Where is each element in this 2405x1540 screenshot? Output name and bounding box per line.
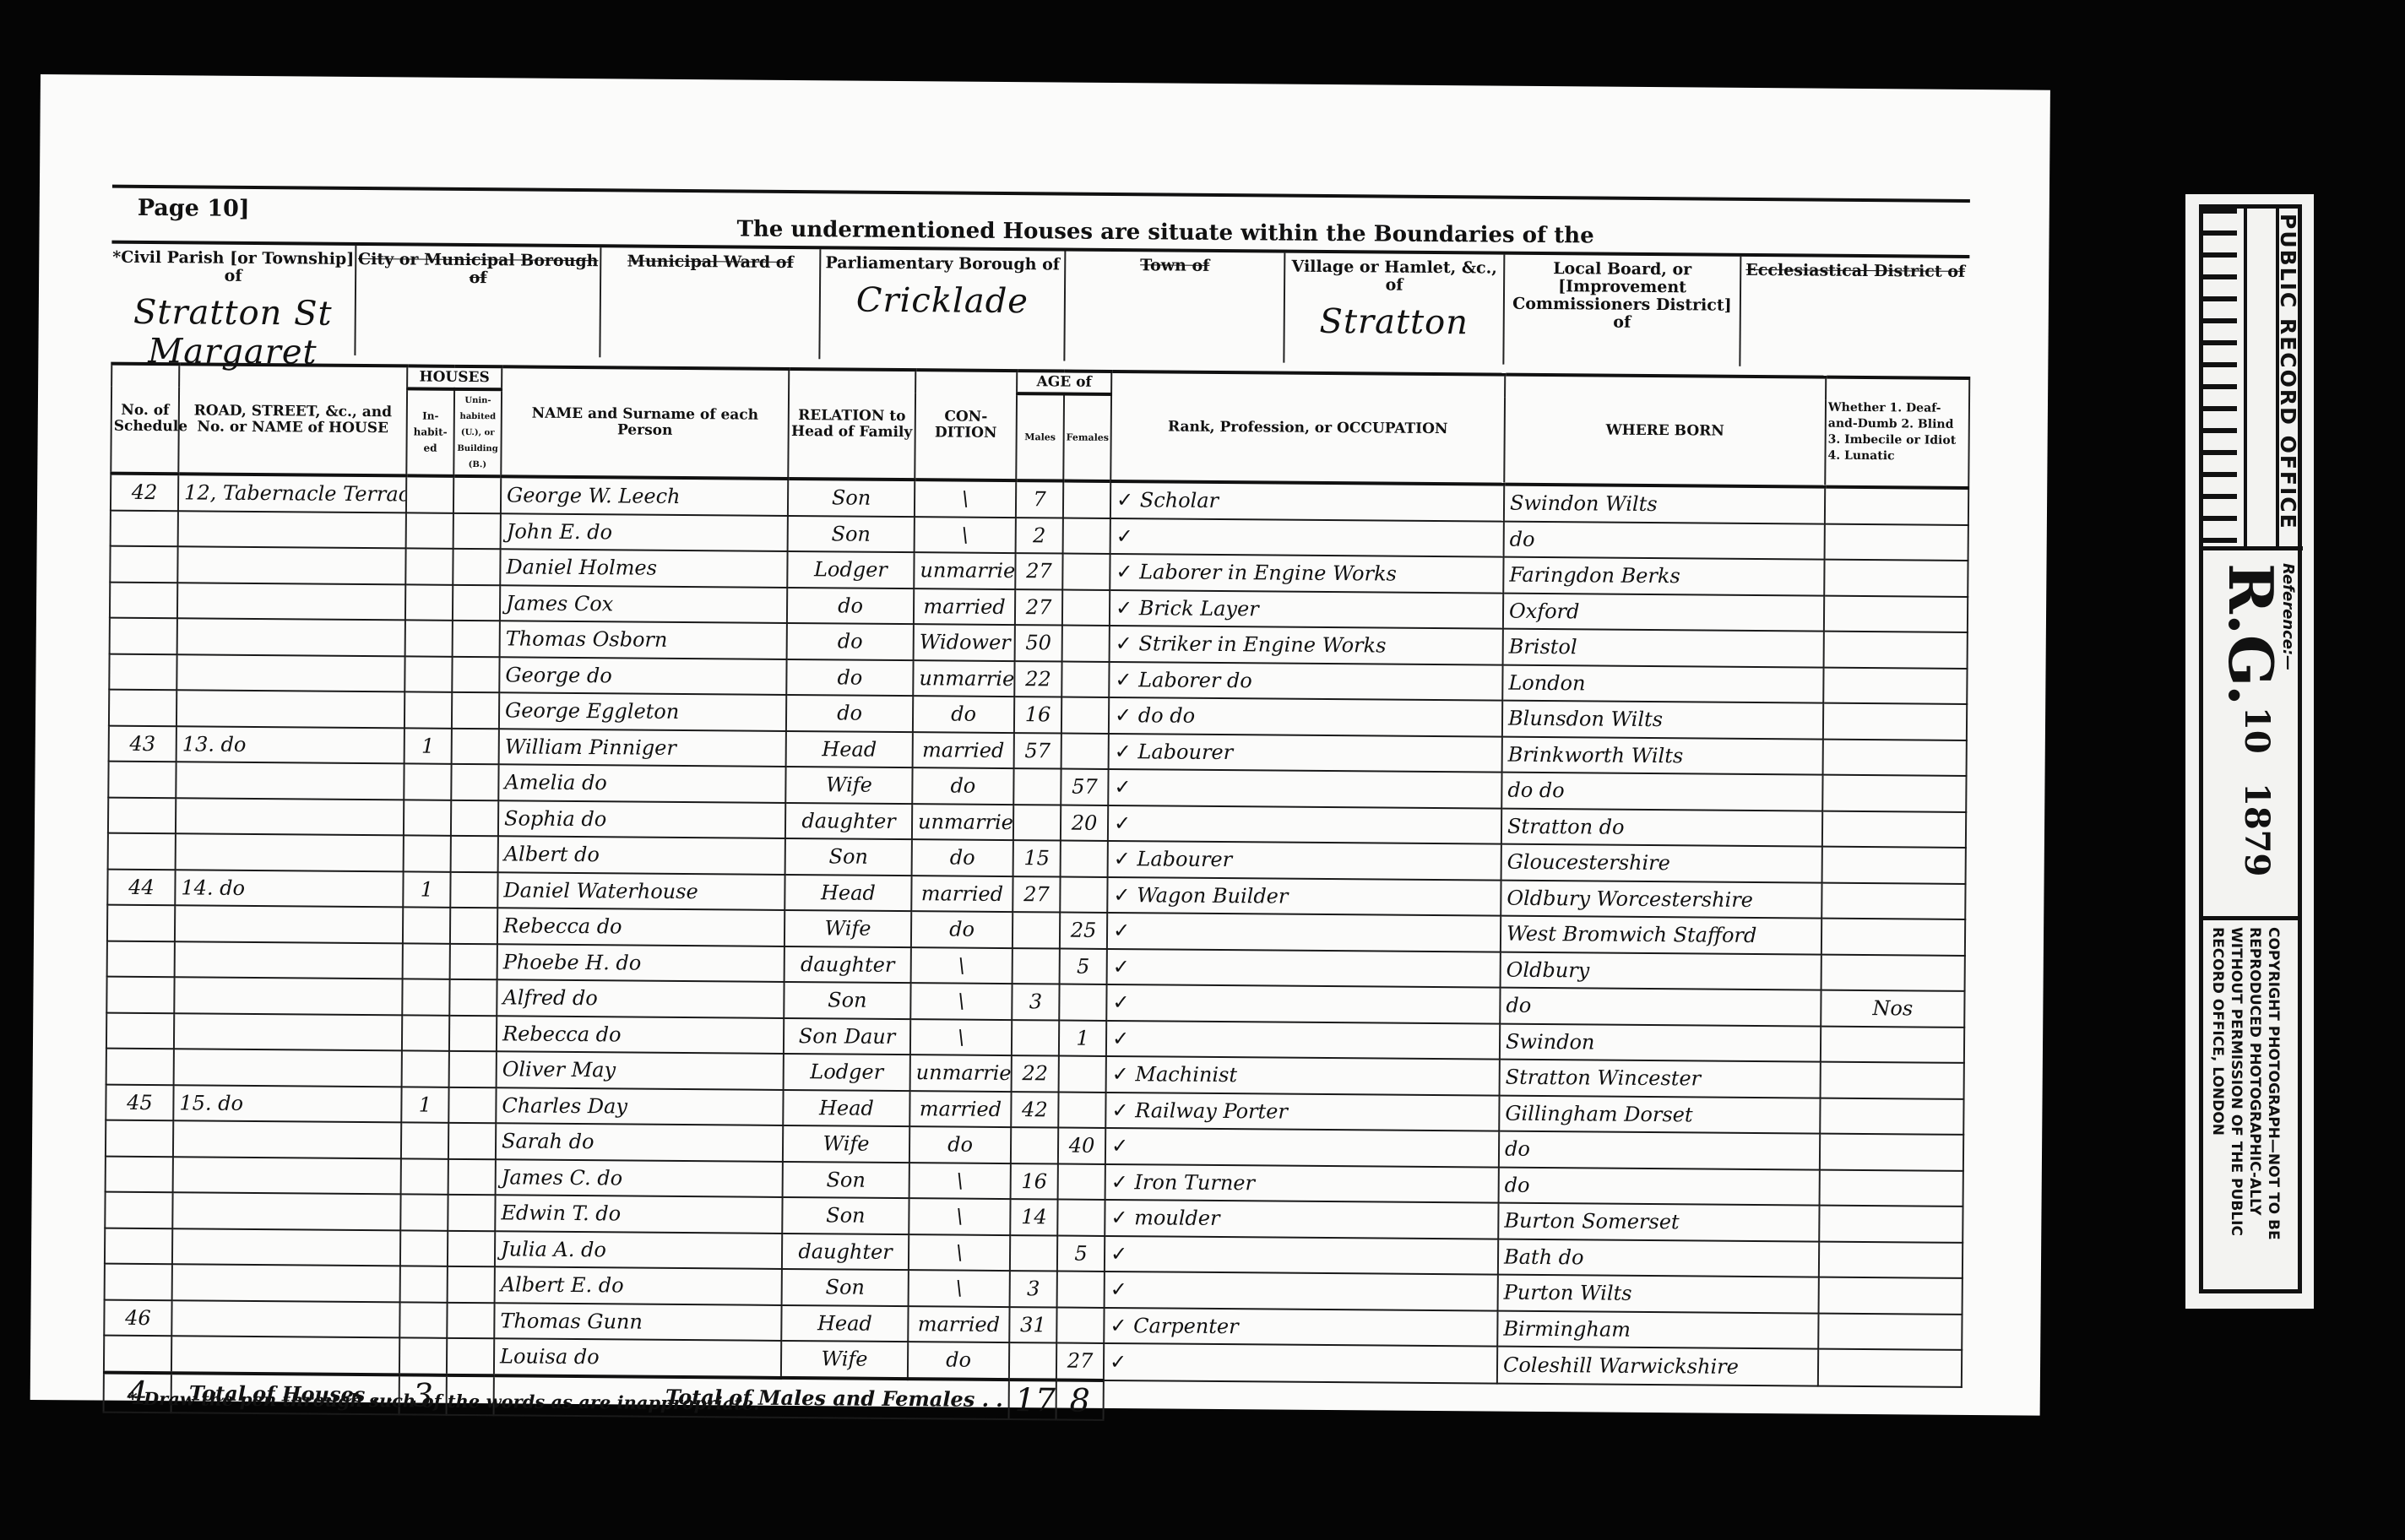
cell-male-age: 15: [1013, 840, 1061, 876]
cell-relation: Son: [785, 838, 912, 876]
cell-schedule: [107, 941, 175, 977]
cell-condition: \: [909, 1163, 1011, 1199]
cell-uninhabited: [448, 1266, 495, 1303]
checkmark-icon: ✓: [1116, 560, 1139, 583]
checkmark-icon: ✓: [1113, 883, 1137, 907]
checkmark-icon: ✓: [1111, 1170, 1135, 1194]
cell-uninhabited: [447, 1302, 494, 1338]
cell-inhabited: [401, 1122, 448, 1158]
checkmark-icon: ✓: [1116, 488, 1140, 512]
cell-male-age: 50: [1015, 625, 1062, 661]
cell-infirmity: [1825, 487, 1968, 525]
cell-female-age: [1056, 1307, 1104, 1343]
cell-inhabited: [406, 475, 453, 512]
cell-male-age: 27: [1012, 876, 1060, 913]
location-ecclesiastical-district: Ecclesiastical District of: [1740, 257, 1969, 368]
cell-where-born: Purton Wilts: [1498, 1275, 1819, 1313]
cell-infirmity: [1822, 811, 1966, 848]
cell-male-age: [1012, 948, 1060, 984]
cell-female-age: 57: [1061, 769, 1108, 805]
cell-relation: daughter: [785, 802, 912, 839]
cell-road: [171, 1300, 399, 1338]
checkmark-icon: ✓: [1115, 703, 1138, 727]
col-road: ROAD, STREET, &c., and No. or NAME of HO…: [178, 364, 407, 475]
cell-female-age: [1062, 589, 1110, 626]
cell-uninhabited: [448, 1230, 495, 1266]
cell-relation: daughter: [782, 1233, 909, 1270]
cell-infirmity: [1819, 1206, 1963, 1243]
cell-inhabited: [404, 656, 452, 692]
cell-female-age: 27: [1056, 1342, 1104, 1380]
cell-infirmity: [1818, 1349, 1962, 1387]
cell-uninhabited: [448, 1195, 495, 1231]
cell-relation: Son: [782, 1197, 909, 1234]
cell-occupation: ✓: [1108, 769, 1501, 808]
cell-uninhabited: [449, 1015, 497, 1051]
cell-where-born: Oxford: [1503, 593, 1824, 631]
page-number: Page 10]: [138, 195, 250, 222]
cell-relation: Wife: [784, 910, 911, 947]
cell-schedule: 42: [111, 474, 178, 511]
cell-condition: do: [909, 1126, 1011, 1163]
cell-road: [171, 1336, 399, 1375]
cell-uninhabited: [453, 584, 500, 621]
cell-relation: Wife: [781, 1341, 908, 1379]
cell-uninhabited: [448, 1087, 496, 1123]
cell-male-age: [1013, 805, 1061, 841]
col-infirmity: Whether 1. Deaf-and-Dumb 2. Blind 3. Imb…: [1825, 377, 1969, 488]
cell-where-born: Stratton do: [1501, 808, 1822, 846]
cell-road: [173, 1120, 401, 1158]
cell-occupation: ✓ Laborer do: [1109, 661, 1502, 700]
cell-inhabited: [405, 584, 453, 621]
cell-inhabited: 1: [401, 1087, 448, 1123]
cell-schedule: [106, 1156, 173, 1192]
cell-condition: married: [909, 1091, 1011, 1127]
cell-condition: \: [915, 517, 1016, 553]
location-civil-parish: *Civil Parish [or Township] of Stratton …: [111, 244, 356, 355]
cell-condition: do: [908, 1342, 1009, 1379]
cell-uninhabited: [450, 943, 497, 979]
cell-schedule: 46: [104, 1299, 171, 1336]
cell-schedule: [107, 905, 175, 941]
cell-infirmity: [1824, 560, 1968, 597]
cell-uninhabited: [451, 764, 498, 800]
cell-inhabited: [404, 763, 451, 800]
cell-female-age: [1061, 697, 1109, 734]
pro-title: PUBLIC RECORD OFFICE: [2276, 214, 2300, 530]
cell-inhabited: 1: [404, 728, 452, 764]
cell-name: Julia A. do: [495, 1231, 782, 1269]
cell-road: [173, 1157, 401, 1195]
col-inhabited: In-habit-ed: [406, 388, 454, 475]
cell-where-born: Bristol: [1503, 629, 1824, 667]
cell-relation: Son: [788, 515, 915, 552]
cell-relation: do: [786, 659, 913, 696]
cell-female-age: [1059, 984, 1106, 1021]
checkmark-icon: ✓: [1112, 1027, 1129, 1050]
checkmark-icon: ✓: [1110, 1206, 1134, 1229]
cell-relation: Head: [781, 1304, 908, 1342]
cell-inhabited: [404, 691, 452, 728]
col-schedule: No. of Schedule: [111, 364, 179, 474]
cell-condition: married: [908, 1306, 1009, 1342]
col-females: Females: [1063, 394, 1111, 481]
checkmark-icon: ✓: [1111, 1134, 1128, 1158]
cell-male-age: 27: [1015, 553, 1062, 589]
cell-where-born: Stratton Wincester: [1500, 1060, 1821, 1098]
cell-male-age: 3: [1012, 984, 1059, 1020]
copyright-notice: COPYRIGHT PHOTOGRAPH—NOT TO BE REPRODUCE…: [2203, 916, 2298, 1293]
boundaries-heading: The undermentioned Houses are situate wi…: [736, 216, 1593, 248]
census-sheet: Page 10] The undermentioned Houses are s…: [30, 74, 2050, 1416]
cell-infirmity: [1819, 1277, 1963, 1315]
cell-relation: Son: [782, 1269, 909, 1306]
cell-name: Albert do: [498, 836, 785, 874]
cell-relation: daughter: [784, 946, 911, 983]
total-females: 8: [1056, 1380, 1104, 1419]
cell-name: Amelia do: [498, 764, 785, 802]
cell-condition: unmarried: [910, 1055, 1012, 1091]
cell-schedule: [104, 1336, 171, 1373]
cell-occupation: ✓: [1105, 1128, 1499, 1167]
cell-schedule: [106, 1120, 173, 1157]
cell-infirmity: Nos: [1821, 990, 1964, 1028]
cell-inhabited: [402, 1050, 449, 1087]
cell-female-age: 40: [1058, 1128, 1105, 1164]
cell-condition: \: [911, 947, 1012, 984]
cell-where-born: do: [1499, 1167, 1820, 1205]
cell-occupation: ✓: [1104, 1343, 1497, 1383]
cell-male-age: 22: [1014, 661, 1061, 697]
cell-female-age: [1057, 1200, 1105, 1236]
cell-name: Sophia do: [498, 800, 785, 838]
location-municipal-ward: Municipal Ward of: [600, 247, 821, 359]
cell-condition: unmarried: [913, 660, 1014, 697]
cell-male-age: 22: [1012, 1055, 1059, 1092]
cell-male-age: 16: [1011, 1163, 1058, 1200]
census-form: Page 10] The undermentioned Houses are s…: [103, 185, 1970, 1373]
checkmark-icon: ✓: [1112, 1062, 1136, 1086]
cell-infirmity: [1821, 919, 1965, 956]
cell-road: [175, 905, 403, 943]
cell-uninhabited: [452, 728, 499, 764]
cell-female-age: 1: [1059, 1020, 1106, 1056]
cell-condition: \: [909, 1198, 1010, 1234]
cell-where-born: Burton Somerset: [1498, 1203, 1819, 1241]
checkmark-icon: ✓: [1113, 919, 1130, 942]
cell-occupation: ✓: [1105, 1272, 1498, 1310]
cell-uninhabited: [448, 1123, 496, 1159]
checkmark-icon: ✓: [1110, 1314, 1133, 1337]
col-houses: HOUSES: [407, 366, 502, 389]
col-males: Males: [1016, 393, 1064, 480]
cell-relation: Head: [784, 874, 911, 911]
cell-name: Daniel Waterhouse: [497, 872, 784, 910]
cell-schedule: [105, 1228, 172, 1264]
cell-name: Thomas Gunn: [494, 1303, 781, 1341]
cell-female-age: 5: [1060, 948, 1107, 984]
cell-uninhabited: [452, 656, 499, 692]
col-condition: CON-DITION: [915, 370, 1017, 480]
cell-occupation: ✓ Brick Layer: [1110, 589, 1503, 628]
cell-relation: Wife: [785, 767, 912, 804]
cell-inhabited: [405, 548, 453, 584]
cell-where-born: West Bromwich Stafford: [1501, 916, 1821, 954]
col-where-born: WHERE BORN: [1504, 375, 1826, 487]
cell-where-born: do: [1504, 521, 1825, 559]
cell-male-age: 14: [1010, 1199, 1057, 1235]
cell-infirmity: [1818, 1313, 1962, 1350]
cell-uninhabited: [449, 1051, 497, 1087]
cell-infirmity: [1823, 703, 1967, 740]
cell-schedule: [106, 977, 174, 1013]
cell-infirmity: [1824, 595, 1968, 632]
cell-road: 15. do: [173, 1085, 401, 1123]
location-parliamentary-borough: Parliamentary Borough of Cricklade: [820, 249, 1066, 361]
checkmark-icon: ✓: [1111, 1098, 1135, 1122]
checkmark-icon: ✓: [1110, 1242, 1127, 1266]
cell-infirmity: [1822, 775, 1966, 812]
cell-infirmity: [1821, 1026, 1964, 1063]
cell-inhabited: [399, 1337, 447, 1375]
cell-condition: \: [909, 1270, 1010, 1306]
col-age: AGE of: [1017, 371, 1111, 394]
cell-uninhabited: [450, 871, 497, 908]
cell-female-age: 25: [1060, 913, 1107, 949]
cell-inhabited: [404, 835, 451, 871]
checkmark-icon: ✓: [1110, 1277, 1127, 1301]
cell-infirmity: [1820, 1169, 1963, 1207]
cell-schedule: [106, 1012, 174, 1049]
cell-infirmity: [1822, 847, 1966, 884]
cell-relation: Son Daur: [784, 1017, 910, 1055]
cell-road: [177, 583, 405, 621]
cell-uninhabited: [453, 476, 501, 513]
cell-condition: unmarried: [914, 552, 1015, 588]
cell-uninhabited: [453, 549, 500, 585]
total-males: 17: [1009, 1380, 1056, 1419]
cell-schedule: 44: [107, 869, 175, 905]
cell-inhabited: [403, 943, 450, 979]
cell-road: 13. do: [176, 726, 404, 764]
cell-uninhabited: [450, 908, 497, 944]
cell-relation: Head: [783, 1089, 909, 1126]
cell-schedule: [110, 618, 177, 654]
cell-inhabited: [406, 512, 453, 549]
cell-relation: Wife: [783, 1125, 909, 1163]
cell-road: [176, 690, 404, 728]
cell-schedule: [108, 833, 176, 870]
census-rows: 4212, Tabernacle TerraceGeorge W. LeechS…: [104, 474, 1968, 1387]
cell-male-age: [1009, 1342, 1056, 1380]
cell-inhabited: [399, 1302, 447, 1338]
cell-schedule: [105, 1264, 172, 1300]
cell-name: Phoebe H. do: [497, 944, 784, 982]
cell-name: George do: [499, 657, 786, 695]
reference-strip: PUBLIC RECORD OFFICE Reference:— R.G. 10…: [2185, 194, 2314, 1309]
cell-female-age: [1063, 481, 1110, 518]
cell-schedule: [110, 582, 177, 618]
cell-occupation: ✓ Railway Porter: [1105, 1092, 1499, 1131]
cell-road: [178, 511, 406, 549]
cell-female-age: [1062, 554, 1110, 590]
cell-inhabited: [400, 1230, 448, 1266]
cell-road: [176, 798, 404, 836]
cell-occupation: ✓ Iron Turner: [1105, 1163, 1499, 1202]
cell-road: [172, 1192, 400, 1230]
cell-where-born: Gloucestershire: [1501, 844, 1822, 882]
cell-schedule: 43: [109, 725, 176, 762]
cell-name: Thomas Osborn: [500, 621, 787, 659]
cell-occupation: ✓ Machinist: [1106, 1056, 1500, 1095]
cell-occupation: ✓: [1106, 984, 1500, 1023]
cell-uninhabited: [448, 1158, 496, 1195]
cell-name: Rebecca do: [497, 1016, 784, 1054]
cell-male-age: [1010, 1235, 1057, 1272]
cell-occupation: ✓ Laborer in Engine Works: [1110, 554, 1503, 593]
cell-name: Albert E. do: [495, 1266, 782, 1304]
cell-where-born: Swindon Wilts: [1504, 485, 1825, 523]
cell-road: [177, 618, 405, 656]
cell-occupation: ✓ Labourer: [1108, 841, 1501, 880]
cell-where-born: Bath do: [1498, 1239, 1819, 1277]
cell-relation: Son: [783, 1161, 909, 1198]
cell-male-age: 2: [1016, 518, 1063, 554]
cell-male-age: 27: [1015, 589, 1062, 626]
cell-occupation: ✓ moulder: [1105, 1200, 1498, 1239]
reference-series: R.G.: [2215, 563, 2287, 706]
cell-inhabited: [403, 907, 450, 943]
cell-relation: Lodger: [787, 551, 914, 588]
cell-condition: married: [914, 588, 1015, 625]
cell-where-born: do: [1500, 988, 1821, 1026]
cell-female-age: [1060, 876, 1107, 913]
cell-occupation: ✓ Striker in Engine Works: [1110, 626, 1503, 664]
cell-where-born: Blunsdon Wilts: [1502, 701, 1823, 739]
reference-piece: 10: [2237, 707, 2277, 754]
cell-infirmity: [1823, 739, 1967, 776]
checkmark-icon: ✓: [1112, 990, 1129, 1014]
cell-condition: \: [909, 1234, 1010, 1271]
cell-relation: do: [787, 587, 914, 624]
cell-occupation: ✓: [1106, 1020, 1500, 1059]
cell-uninhabited: [451, 836, 498, 872]
checkmark-icon: ✓: [1114, 847, 1137, 870]
cell-name: John E. do: [501, 513, 788, 551]
cell-uninhabited: [452, 692, 499, 729]
cell-uninhabited: [451, 800, 498, 836]
cell-inhabited: [400, 1194, 448, 1230]
cell-name: Sarah do: [496, 1123, 783, 1161]
cell-schedule: [106, 1049, 174, 1085]
cell-condition: \: [910, 983, 1012, 1019]
cell-female-age: [1063, 518, 1110, 554]
cell-female-age: 5: [1057, 1235, 1105, 1272]
cell-inhabited: [405, 620, 453, 656]
checkmark-icon: ✓: [1113, 955, 1130, 979]
cell-occupation: ✓ do do: [1109, 697, 1502, 736]
cell-female-age: [1061, 841, 1108, 877]
cell-inhabited: [401, 1158, 448, 1195]
cell-where-born: Gillingham Dorset: [1499, 1095, 1820, 1133]
location-local-board: Local Board, or [Improvement Commissione…: [1504, 255, 1741, 366]
cell-condition: \: [910, 1019, 1012, 1055]
cell-condition: \: [915, 480, 1016, 517]
col-occupation: Rank, Profession, or OCCUPATION: [1110, 371, 1505, 485]
cell-condition: married: [913, 732, 1014, 768]
location-municipal-borough: City or Municipal Borough of: [356, 246, 601, 357]
cell-schedule: [105, 1192, 172, 1228]
cell-infirmity: [1823, 667, 1967, 704]
cell-name: Rebecca do: [497, 908, 784, 946]
census-table: No. of Schedule ROAD, STREET, &c., and N…: [103, 362, 1971, 1428]
cell-male-age: 7: [1016, 480, 1063, 518]
rule-top: [112, 185, 1970, 203]
cell-name: Alfred do: [497, 979, 784, 1017]
cell-condition: Widower: [914, 624, 1015, 660]
cell-uninhabited: [453, 512, 501, 549]
location-town: Town of: [1065, 252, 1285, 363]
checkmark-icon: ✓: [1110, 1350, 1126, 1374]
cell-name: William Pinniger: [499, 729, 786, 767]
cell-occupation: ✓: [1110, 518, 1504, 556]
checkmark-icon: ✓: [1114, 811, 1131, 835]
cell-relation: Son: [784, 982, 910, 1019]
cell-where-born: Birmingham: [1497, 1310, 1818, 1348]
cell-inhabited: 1: [403, 871, 450, 908]
cell-name: James Cox: [500, 585, 787, 623]
cell-infirmity: [1820, 1134, 1963, 1171]
cell-female-age: [1061, 733, 1109, 769]
cell-male-age: 31: [1009, 1307, 1056, 1343]
cell-name: George W. Leech: [501, 476, 788, 515]
checkmark-icon: ✓: [1116, 524, 1133, 548]
cell-schedule: [110, 546, 177, 583]
checkmark-icon: ✓: [1115, 668, 1138, 691]
cell-schedule: [108, 797, 176, 833]
cell-inhabited: [400, 1266, 448, 1302]
col-name: NAME and Surname of each Person: [501, 366, 789, 479]
cell-where-born: Swindon: [1500, 1023, 1821, 1061]
cell-road: [172, 1264, 400, 1302]
cell-female-age: [1058, 1163, 1105, 1200]
cell-female-age: [1057, 1271, 1105, 1307]
cell-male-age: 16: [1014, 697, 1061, 733]
reference-folio: 1879: [2237, 783, 2277, 876]
cell-name: Louisa do: [494, 1338, 781, 1377]
location-village: Village or Hamlet, &c., of Stratton: [1284, 253, 1505, 365]
cell-infirmity: [1821, 954, 1965, 991]
cell-uninhabited: [447, 1338, 494, 1375]
cell-occupation: ✓ Wagon Builder: [1107, 876, 1501, 915]
cell-where-born: Oldbury: [1501, 952, 1821, 990]
cell-male-age: 57: [1014, 733, 1061, 769]
cell-where-born: Faringdon Berks: [1503, 557, 1824, 595]
checkmark-icon: ✓: [1114, 775, 1131, 799]
cell-road: [172, 1228, 400, 1266]
cell-infirmity: [1820, 1098, 1963, 1135]
cell-condition: do: [913, 696, 1014, 732]
cell-female-age: 20: [1061, 805, 1108, 841]
cell-condition: do: [912, 839, 1013, 876]
cell-relation: do: [787, 623, 914, 660]
cell-road: [174, 977, 402, 1015]
cell-relation: Head: [786, 730, 913, 767]
col-relation: RELATION to Head of Family: [788, 369, 915, 480]
cell-female-age: [1062, 626, 1110, 662]
cell-inhabited: [402, 979, 449, 1015]
